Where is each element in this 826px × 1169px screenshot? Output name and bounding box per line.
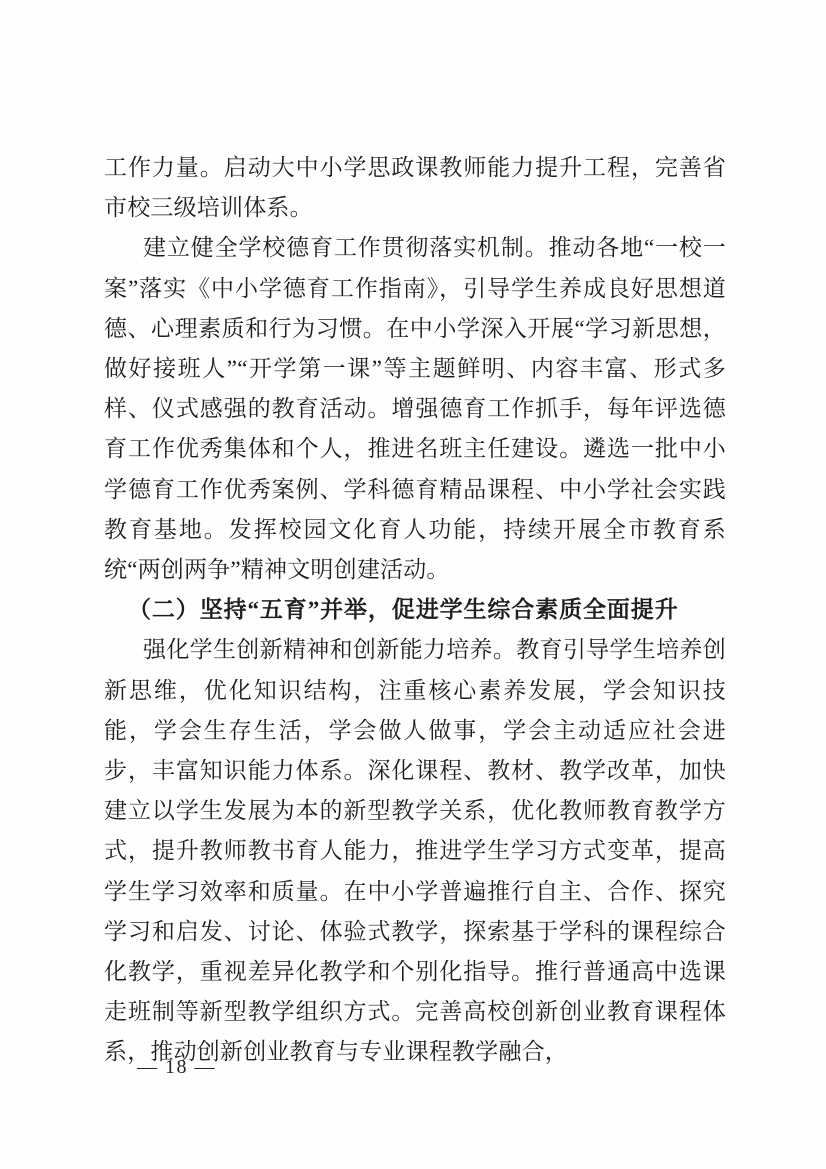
body-paragraph-moral-education: 建立健全学校德育工作贯彻落实机制。推动各地“一校一案”落实《中小学德育工作指南》…	[104, 228, 726, 590]
document-body: 工作力量。启动大中小学思政课教师能力提升工程，完善省市校三级培训体系。 建立健全…	[104, 148, 726, 1073]
body-paragraph-innovation: 强化学生创新精神和创新能力培养。教育引导学生培养创新思维，优化知识结构，注重核心…	[104, 630, 726, 1072]
section-heading-two: （二）坚持“五育”并举，促进学生综合素质全面提升	[104, 590, 726, 630]
document-page: 工作力量。启动大中小学思政课教师能力提升工程，完善省市校三级培训体系。 建立健全…	[0, 0, 826, 1169]
page-number: — 18 —	[137, 1056, 216, 1079]
body-paragraph-continuation: 工作力量。启动大中小学思政课教师能力提升工程，完善省市校三级培训体系。	[104, 148, 726, 228]
